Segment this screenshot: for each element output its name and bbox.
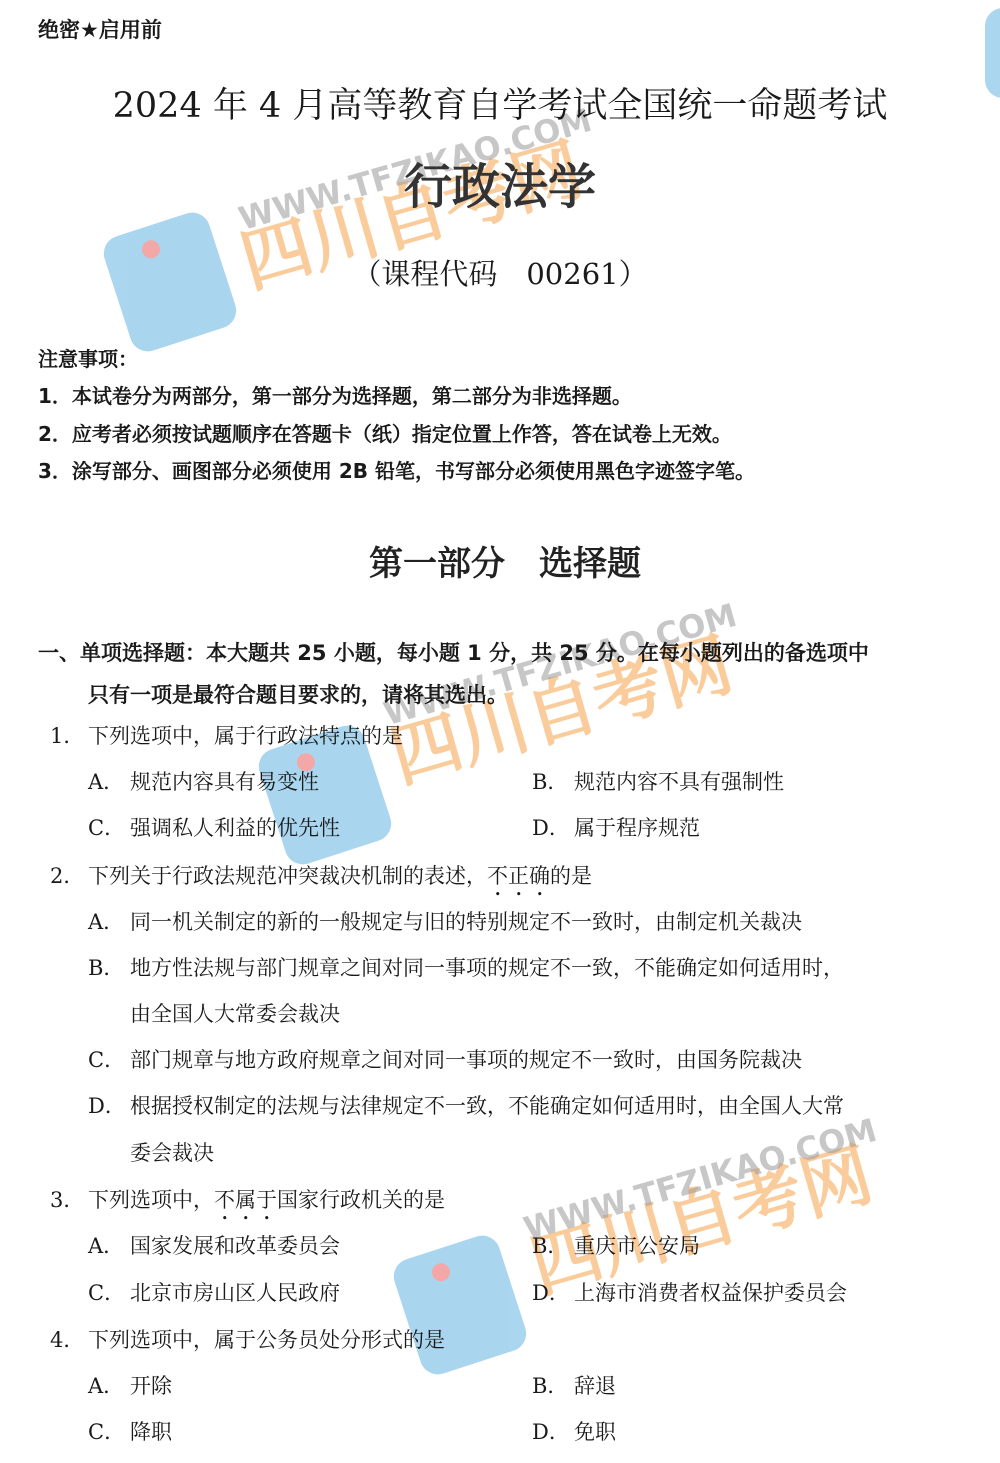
- option-label: D．: [532, 812, 574, 842]
- section-intro-line1: 一、单项选择题：本大题共 25 小题，每小题 1 分，共 25 分。在每小题列出…: [38, 641, 869, 665]
- option-c: C．部门规章与地方政府规章之间对同一事项的规定不一致时，由国务院裁决: [88, 1044, 802, 1074]
- option-d: D．上海市消费者权益保护委员会: [532, 1277, 847, 1307]
- exam-title: 2024 年 4 月高等教育自学考试全国统一命题考试: [0, 78, 1000, 128]
- notice-item: 3．涂写部分、画图部分必须使用 2B 铅笔，书写部分必须使用黑色字迹签字笔。: [38, 455, 755, 484]
- question-number: 2．: [50, 860, 88, 890]
- question-text: 的是: [550, 864, 592, 888]
- option-text: 属于程序规范: [574, 816, 700, 840]
- option-text: 降职: [130, 1420, 172, 1444]
- notice-item: 2．应考者必须按试题顺序在答题卡（纸）指定位置上作答，答在试卷上无效。: [38, 418, 732, 447]
- question-stem: 3．下列选项中，不属于国家行政机关的是: [50, 1184, 445, 1225]
- option-text: 重庆市公安局: [574, 1234, 700, 1258]
- part-title: 第一部分 选择题: [0, 536, 1000, 585]
- secret-mark: 绝密★启用前: [38, 14, 162, 44]
- question-stem: 4．下列选项中，属于公务员处分形式的是: [50, 1324, 445, 1354]
- option-label: C．: [88, 812, 130, 842]
- option-d: D．免职: [532, 1416, 616, 1446]
- option-label: D．: [88, 1090, 130, 1120]
- question-text: 下列关于行政法规范冲突裁决机制的表述，: [88, 864, 487, 888]
- option-label: A．: [88, 1370, 130, 1400]
- option-text: 国家发展和改革委员会: [130, 1234, 340, 1258]
- option-b-continued: 由全国人大常委会裁决: [130, 998, 340, 1028]
- question-text: 下列选项中，属于行政法特点的是: [88, 724, 403, 748]
- option-text: 免职: [574, 1420, 616, 1444]
- option-a: A．开除: [88, 1370, 172, 1400]
- option-d-continued: 委会裁决: [130, 1137, 214, 1167]
- question-number: 4．: [50, 1324, 88, 1354]
- notice-heading: 注意事项：: [38, 343, 138, 372]
- option-text: 部门规章与地方政府规章之间对同一事项的规定不一致时，由国务院裁决: [130, 1048, 802, 1072]
- option-b: B．辞退: [532, 1370, 616, 1400]
- option-label: A．: [88, 906, 130, 936]
- option-text: 北京市房山区人民政府: [130, 1281, 340, 1305]
- option-text: 开除: [130, 1374, 172, 1398]
- option-a: A．规范内容具有易变性: [88, 766, 319, 796]
- option-c: C．降职: [88, 1416, 172, 1446]
- option-text: 规范内容不具有强制性: [574, 770, 784, 794]
- option-label: B．: [532, 1370, 574, 1400]
- option-text: 同一机关制定的新的一般规定与旧的特别规定不一致时，由制定机关裁决: [130, 910, 802, 934]
- option-label: B．: [88, 952, 130, 982]
- course-code: （课程代码 00261）: [0, 252, 1000, 293]
- option-label: C．: [88, 1277, 130, 1307]
- option-d: D．根据授权制定的法规与法律规定不一致，不能确定如何适用时，由全国人大常: [88, 1090, 844, 1120]
- question-emphasis: 不属于: [214, 1188, 277, 1212]
- option-a: A．国家发展和改革委员会: [88, 1230, 340, 1260]
- question-stem: 2．下列关于行政法规范冲突裁决机制的表述，不正确的是: [50, 860, 592, 901]
- option-label: A．: [88, 1230, 130, 1260]
- watermark-url-text: WWW.TFZIKAO.COM: [520, 1111, 881, 1248]
- subject-title: 行政法学: [0, 148, 1000, 217]
- option-a: A．同一机关制定的新的一般规定与旧的特别规定不一致时，由制定机关裁决: [88, 906, 802, 936]
- option-c: C．北京市房山区人民政府: [88, 1277, 340, 1307]
- watermark-logo-icon: [389, 1231, 531, 1379]
- question-number: 3．: [50, 1184, 88, 1214]
- option-text: 上海市消费者权益保护委员会: [574, 1281, 847, 1305]
- question-stem: 1．下列选项中，属于行政法特点的是: [50, 720, 403, 750]
- question-text: 下列选项中，: [88, 1188, 214, 1212]
- section-intro-line2: 只有一项是最符合题目要求的，请将其选出。: [38, 674, 973, 716]
- question-number: 1．: [50, 720, 88, 750]
- option-label: C．: [88, 1044, 130, 1074]
- option-label: B．: [532, 766, 574, 796]
- option-b: B．地方性法规与部门规章之间对同一事项的规定不一致，不能确定如何适用时，: [88, 952, 844, 982]
- option-text: 辞退: [574, 1374, 616, 1398]
- option-label: A．: [88, 766, 130, 796]
- option-text: 地方性法规与部门规章之间对同一事项的规定不一致，不能确定如何适用时，: [130, 956, 844, 980]
- option-b: B．规范内容不具有强制性: [532, 766, 784, 796]
- question-text: 下列选项中，属于公务员处分形式的是: [88, 1328, 445, 1352]
- option-text: 强调私人利益的优先性: [130, 816, 340, 840]
- option-label: C．: [88, 1416, 130, 1446]
- option-label: D．: [532, 1416, 574, 1446]
- option-c: C．强调私人利益的优先性: [88, 812, 340, 842]
- question-text: 国家行政机关的是: [277, 1188, 445, 1212]
- option-text: 根据授权制定的法规与法律规定不一致，不能确定如何适用时，由全国人大常: [130, 1094, 844, 1118]
- option-text: 规范内容具有易变性: [130, 770, 319, 794]
- option-label: B．: [532, 1230, 574, 1260]
- option-label: D．: [532, 1277, 574, 1307]
- option-b: B．重庆市公安局: [532, 1230, 700, 1260]
- question-emphasis: 不正确: [487, 864, 550, 888]
- section-intro: 一、单项选择题：本大题共 25 小题，每小题 1 分，共 25 分。在每小题列出…: [38, 632, 973, 716]
- notice-item: 1．本试卷分为两部分，第一部分为选择题，第二部分为非选择题。: [38, 380, 632, 409]
- option-d: D．属于程序规范: [532, 812, 700, 842]
